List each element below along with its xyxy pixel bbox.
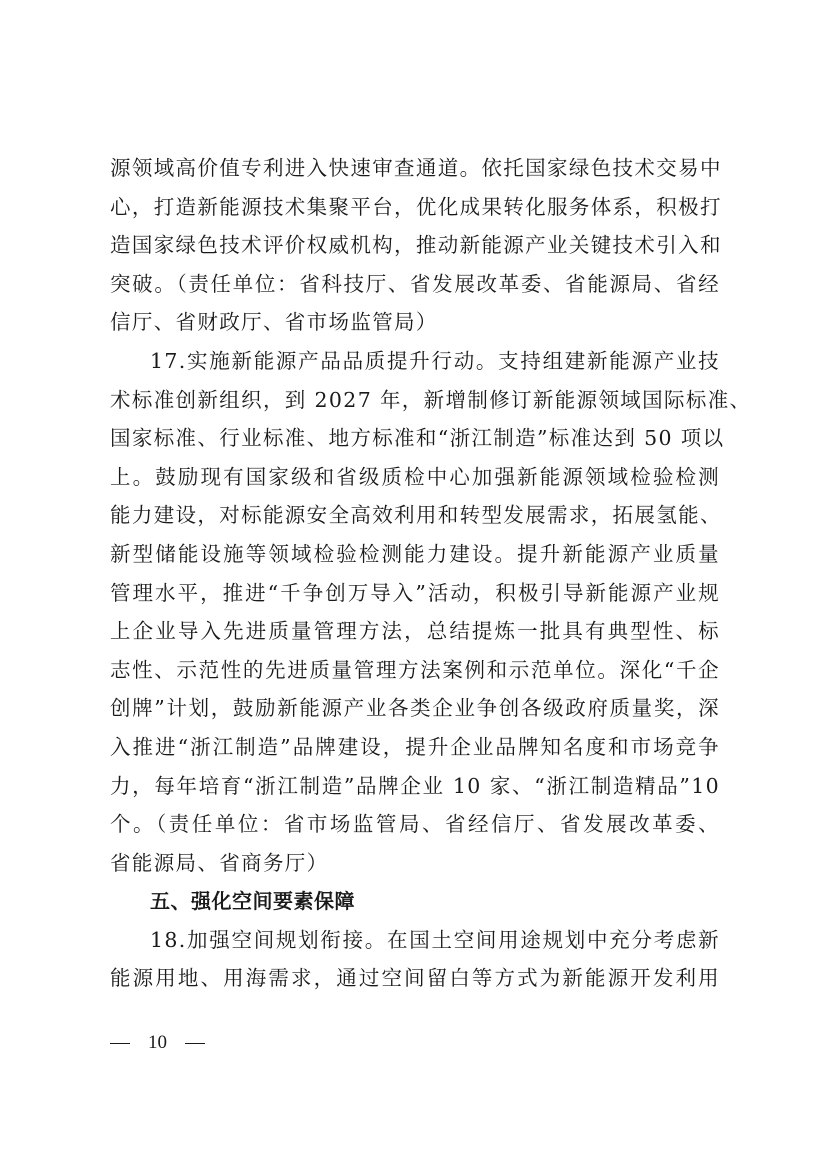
text-line: 17.实施新能源产品品质提升行动。支持组建新能源产业技 bbox=[110, 342, 720, 381]
text-line: 造国家绿色技术评价权威机构，推动新能源产业关键技术引入和 bbox=[110, 226, 720, 265]
text-line: 心，打造新能源技术集聚平台，优化成果转化服务体系，积极打 bbox=[110, 188, 720, 227]
text-line: 信厅、省财政厅、省市场监管局） bbox=[110, 303, 720, 342]
text-line: 上。鼓励现有国家级和省级质检中心加强新能源领域检验检测 bbox=[110, 458, 720, 497]
text-line: 能力建设，对标能源安全高效利用和转型发展需求，拓展氢能、 bbox=[110, 496, 720, 535]
text-line: 省能源局、省商务厅） bbox=[110, 844, 720, 883]
document-body: 源领域高价值专利进入快速审查通道。依托国家绿色技术交易中 心，打造新能源技术集聚… bbox=[110, 149, 720, 998]
text-line: 术标准创新组织，到 2027 年，新增制修订新能源领域国际标准、 bbox=[110, 381, 720, 420]
document-page: 源领域高价值专利进入快速审查通道。依托国家绿色技术交易中 心，打造新能源技术集聚… bbox=[0, 0, 827, 1169]
paragraph-17: 17.实施新能源产品品质提升行动。支持组建新能源产业技 术标准创新组织，到 20… bbox=[110, 342, 720, 882]
paragraph-16-continuation: 源领域高价值专利进入快速审查通道。依托国家绿色技术交易中 心，打造新能源技术集聚… bbox=[110, 149, 720, 342]
text-line: 18.加强空间规划衔接。在国土空间用途规划中充分考虑新 bbox=[110, 921, 720, 960]
section-heading: 五、强化空间要素保障 bbox=[110, 882, 720, 921]
text-line: 创牌”计划，鼓励新能源产业各类企业争创各级政府质量奖，深 bbox=[110, 689, 720, 728]
text-line: 国家标准、行业标准、地方标准和“浙江制造”标准达到 50 项以 bbox=[110, 419, 720, 458]
text-line: 力，每年培育“浙江制造”品牌企业 10 家、“浙江制造精品”10 bbox=[110, 767, 720, 806]
page-footer: 10 bbox=[110, 1032, 205, 1054]
text-line: 能源用地、用海需求，通过空间留白等方式为新能源开发利用 bbox=[110, 959, 720, 998]
text-line: 志性、示范性的先进质量管理方法案例和示范单位。深化“千企 bbox=[110, 651, 720, 690]
text-line: 源领域高价值专利进入快速审查通道。依托国家绿色技术交易中 bbox=[110, 149, 720, 188]
text-line: 上企业导入先进质量管理方法，总结提炼一批具有典型性、标 bbox=[110, 612, 720, 651]
page-number: 10 bbox=[148, 1032, 167, 1054]
text-line: 个。（责任单位：省市场监管局、省经信厅、省发展改革委、 bbox=[110, 805, 720, 844]
text-line: 管理水平，推进“千争创万导入”活动，积极引导新能源产业规 bbox=[110, 574, 720, 613]
paragraph-18: 18.加强空间规划衔接。在国土空间用途规划中充分考虑新 能源用地、用海需求，通过… bbox=[110, 921, 720, 998]
text-line: 突破。（责任单位：省科技厅、省发展改革委、省能源局、省经 bbox=[110, 265, 720, 304]
dash-right bbox=[185, 1043, 205, 1044]
text-line: 新型储能设施等领域检验检测能力建设。提升新能源产业质量 bbox=[110, 535, 720, 574]
dash-left bbox=[110, 1043, 130, 1044]
text-line: 入推进“浙江制造”品牌建设，提升企业品牌知名度和市场竞争 bbox=[110, 728, 720, 767]
